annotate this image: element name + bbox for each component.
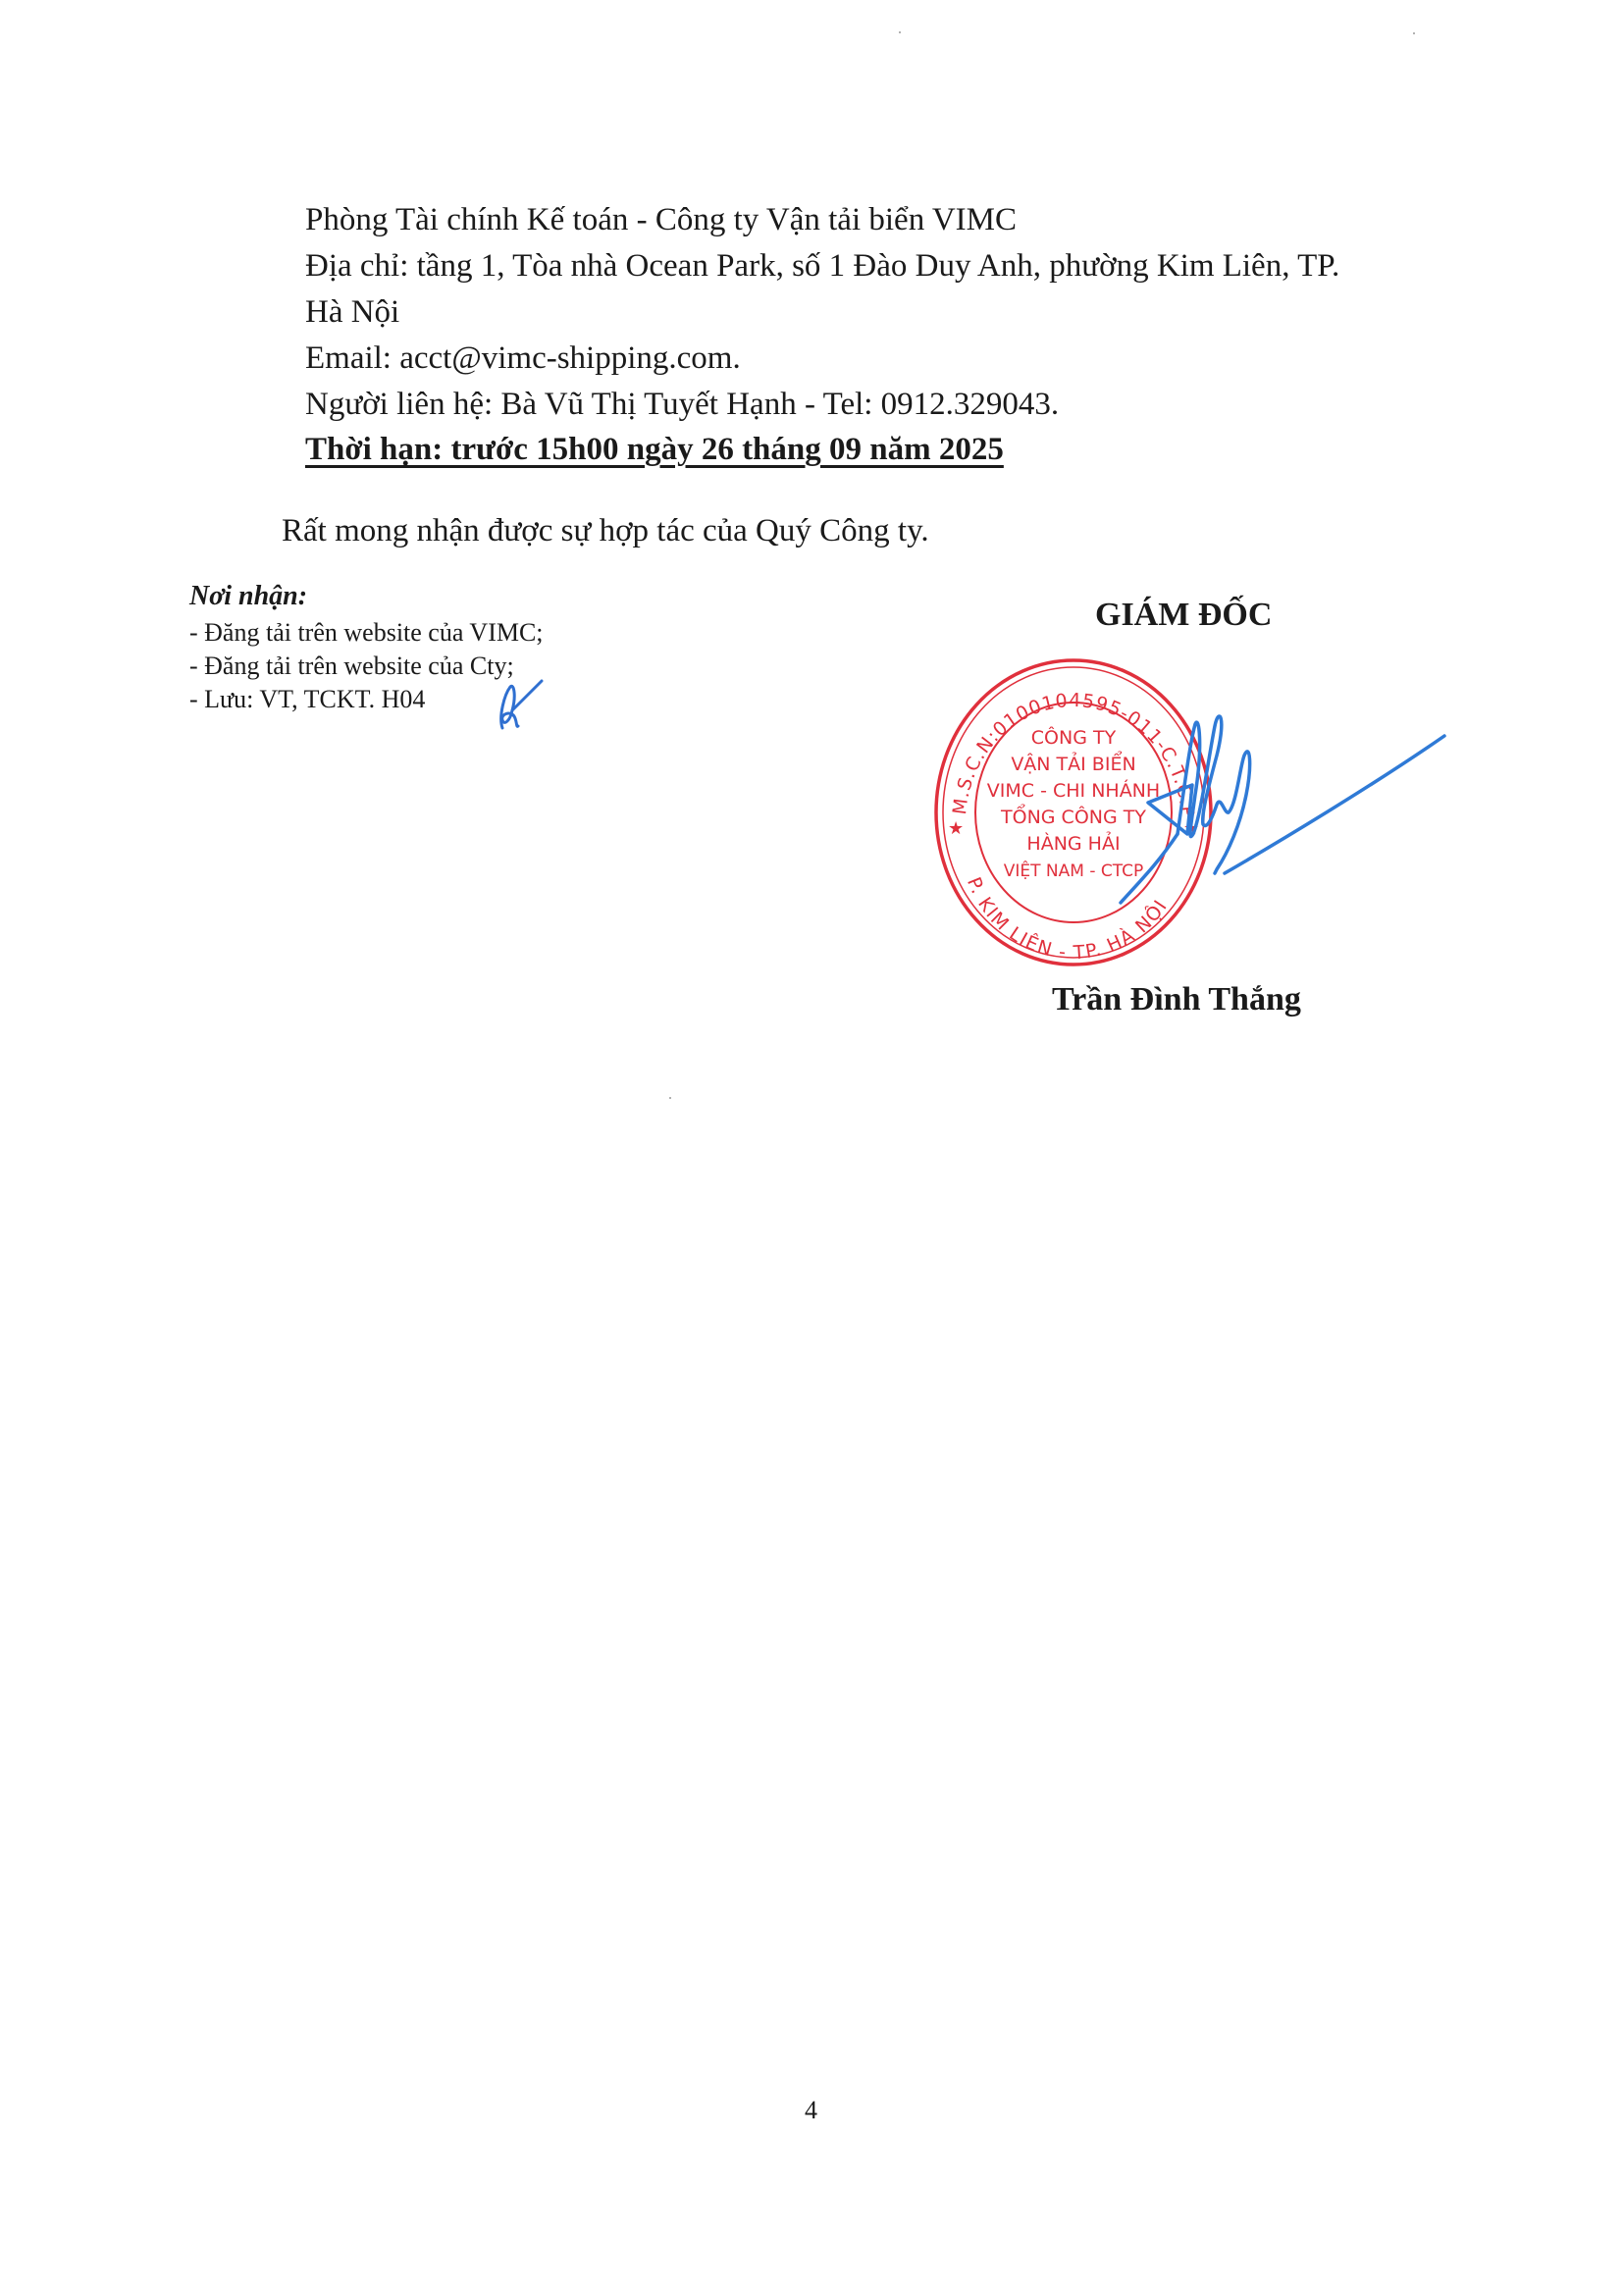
contact-address: Địa chỉ: tầng 1, Tòa nhà Ocean Park, số … xyxy=(305,250,1339,283)
recipient-item: - Đăng tải trên website của Cty; xyxy=(189,652,514,681)
scan-speck xyxy=(899,31,901,33)
svg-text:HÀNG HẢI: HÀNG HẢI xyxy=(1026,830,1120,855)
contact-address-city: Hà Nội xyxy=(305,296,399,329)
svg-text:CÔNG TY: CÔNG TY xyxy=(1031,725,1117,749)
scan-speck xyxy=(1413,32,1415,34)
recipient-item: - Đăng tải trên website của VIMC; xyxy=(189,618,544,648)
page-number: 4 xyxy=(805,2096,817,2125)
initials-mark-icon xyxy=(491,677,550,736)
deadline: Thời hạn: trước 15h00 ngày 26 tháng 09 n… xyxy=(305,434,1004,466)
recipient-item: - Lưu: VT, TCKT. H04 xyxy=(189,685,425,714)
svg-text:★: ★ xyxy=(948,818,964,839)
closing-sentence: Rất mong nhận được sự hợp tác của Quý Cô… xyxy=(282,515,929,548)
scan-speck xyxy=(669,1097,671,1099)
signature-icon xyxy=(1119,687,1472,913)
contact-department: Phòng Tài chính Kế toán - Công ty Vận tả… xyxy=(305,204,1017,236)
contact-person: Người liên hệ: Bà Vũ Thị Tuyết Hạnh - Te… xyxy=(305,389,1059,421)
recipients-title: Nơi nhận: xyxy=(189,581,307,612)
signer-position: GIÁM ĐỐC xyxy=(1095,597,1272,634)
svg-text:VẬN TẢI BIỂN: VẬN TẢI BIỂN xyxy=(1011,750,1135,775)
signer-name: Trần Đình Thắng xyxy=(1052,981,1301,1018)
contact-email[interactable]: Email: acct@vimc-shipping.com. xyxy=(305,342,741,375)
